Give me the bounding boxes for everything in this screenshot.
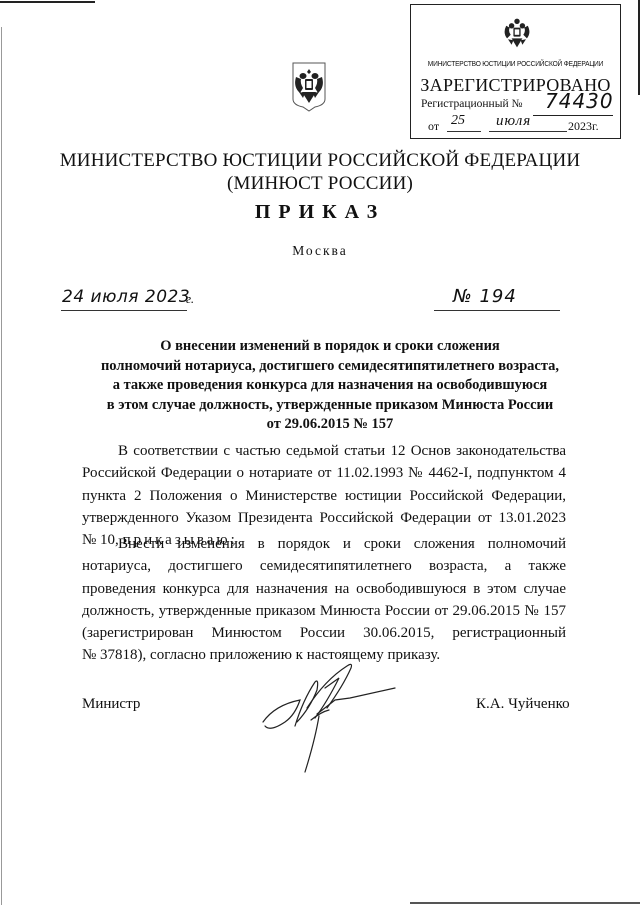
coat-of-arms-icon: [499, 15, 535, 51]
order-date: 24 июля 2023: [62, 287, 190, 307]
stamp-date-year: 2023г.: [568, 119, 599, 134]
paragraph-line: Российской Федерации о нотариате от 11.0…: [82, 462, 566, 484]
paragraph-line: проведения конкурса для назначения на ос…: [82, 578, 566, 600]
order-subject: О внесении изменений в порядок и сроки с…: [60, 337, 600, 435]
coat-of-arms-icon: [290, 61, 328, 113]
registration-stamp: МИНИСТЕРСТВО ЮСТИЦИИ РОССИЙСКОЙ ФЕДЕРАЦИ…: [410, 4, 621, 139]
order-number-underline: [434, 310, 560, 311]
subject-line: О внесении изменений в порядок и сроки с…: [60, 337, 600, 357]
stamp-date-month: июля: [496, 113, 531, 130]
handwritten-signature: [255, 660, 415, 780]
paragraph-line: утвержденного Указом Президента Российск…: [82, 507, 566, 529]
stamp-date-prefix: от: [428, 119, 439, 134]
ministry-short-name: (МИНЮСТ РОССИИ): [0, 172, 640, 195]
stamp-organization: МИНИСТЕРСТВО ЮСТИЦИИ РОССИЙСКОЙ ФЕДЕРАЦИ…: [419, 59, 611, 68]
city: Москва: [0, 243, 640, 259]
scan-edge-top: [0, 1, 95, 3]
paragraph-line: нотариуса, достигшего семидесятипятилетн…: [82, 555, 566, 577]
stamp-reg-number-label: Регистрационный №: [421, 98, 522, 110]
order-date-underline: [61, 310, 187, 311]
scan-edge-bottom: [410, 902, 640, 904]
paragraph-line: (зарегистрирован Минюстом России 30.06.2…: [82, 622, 566, 644]
subject-line: полномочий нотариуса, достигшего семидес…: [60, 357, 600, 377]
stamp-day-underline: [447, 131, 481, 132]
paragraph-line: пункта 2 Положения о Министерстве юстици…: [82, 485, 566, 507]
signatory-name: К.А. Чуйченко: [476, 696, 570, 713]
order-number: № 194: [453, 286, 517, 307]
stamp-month-underline: [489, 131, 567, 132]
stamp-reg-number: 74430: [545, 89, 614, 113]
stamp-date-day: 25: [451, 113, 465, 129]
paragraph-line: В соответствии с частью седьмой статьи 1…: [82, 440, 566, 462]
paragraph-line: Внести изменения в порядок и сроки сложе…: [82, 533, 566, 555]
subject-line: а также проведения конкурса для назначен…: [60, 376, 600, 396]
ministry-name: МИНИСТЕРСТВО ЮСТИЦИИ РОССИЙСКОЙ ФЕДЕРАЦИ…: [0, 149, 640, 172]
stamp-number-underline: [533, 115, 613, 116]
paragraph-line: должность, утвержденные приказом Минюста…: [82, 600, 566, 622]
ministry-heading: МИНИСТЕРСТВО ЮСТИЦИИ РОССИЙСКОЙ ФЕДЕРАЦИ…: [0, 149, 640, 195]
subject-line: от 29.06.2015 № 157: [60, 415, 600, 435]
signatory-title: Министр: [82, 696, 140, 713]
order-date-suffix: г.: [186, 291, 194, 307]
body-paragraph-2: Внести изменения в порядок и сроки сложе…: [82, 533, 566, 667]
subject-line: в этом случае должность, утвержденные пр…: [60, 396, 600, 416]
document-type-title: ПРИКАЗ: [0, 201, 640, 224]
